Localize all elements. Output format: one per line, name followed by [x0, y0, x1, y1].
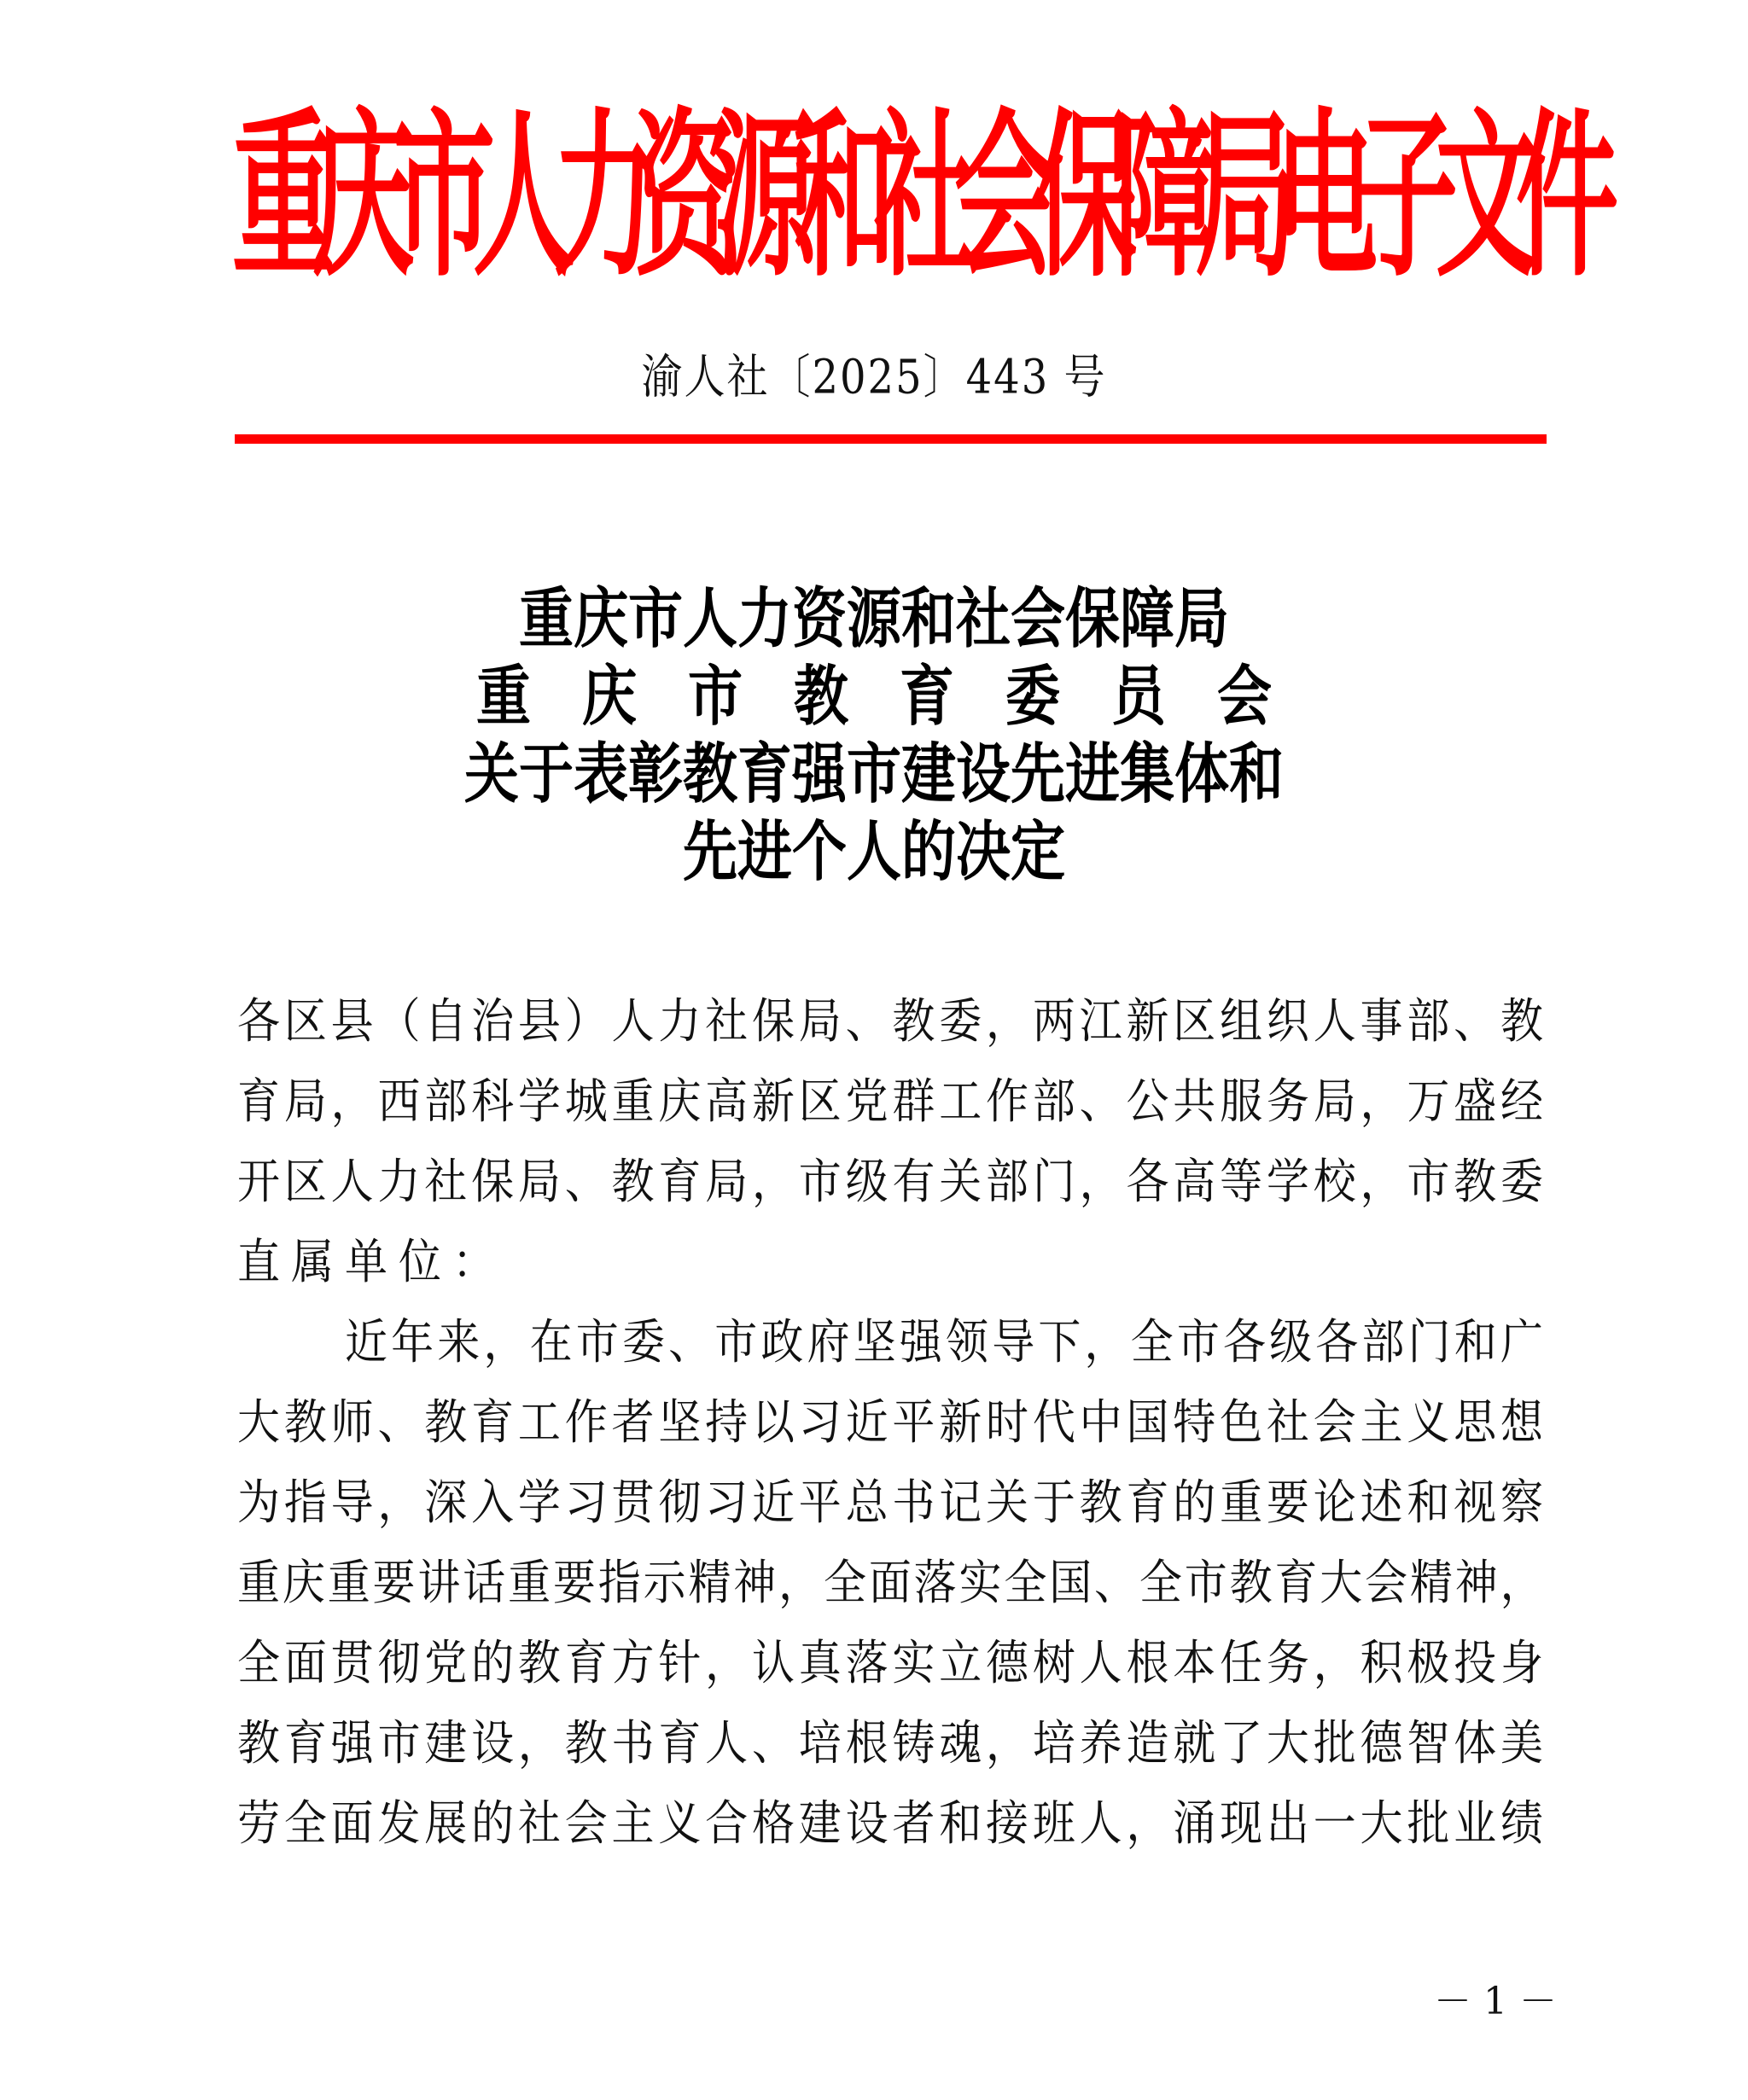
title-line-text: 先进个人的决定 [683, 806, 1065, 899]
red-header-char: 件 [1516, 109, 1596, 288]
red-header-char: 局 [1195, 109, 1275, 288]
document-number-text: 渝人社〔2025〕443 号 [641, 348, 1106, 407]
document-title: 重庆市人力资源和社会保障局 重庆市教育委员会 关于表彰教育强市建设先进集体和 先… [0, 580, 1748, 891]
red-header-char: 社 [874, 109, 954, 288]
red-header-char: 人 [473, 109, 553, 288]
document-number: 渝人社〔2025〕443 号 [0, 352, 1748, 403]
title-line: 关于表彰教育强市建设先进集体和 [0, 736, 1748, 813]
paragraph-line: 为指导，深入学习贯彻习近平总书记关于教育的重要论述和视察 [237, 1463, 1543, 1543]
red-header-title: 重 庆 市 人 力 资 源 和 社 会 保 障 局 电 子 文 件 [232, 101, 1534, 297]
paragraph-line: 教育强市建设，教书育人、培根铸魂，培养造就了大批德智体美 [237, 1703, 1543, 1783]
page-number: － 1 － [1434, 1978, 1553, 2026]
red-header-char: 会 [954, 109, 1034, 288]
addressee-line: 直属单位： [237, 1222, 1543, 1302]
red-header-char: 子 [1355, 109, 1436, 288]
addressee-line: 开区人力社保局、教育局，市级有关部门，各高等学校，市教委 [237, 1142, 1543, 1222]
paragraph-line: 大教师、教育工作者坚持以习近平新时代中国特色社会主义思想 [237, 1382, 1543, 1463]
title-line: 重庆市教育委员会 [0, 658, 1748, 736]
red-header-char: 障 [1115, 109, 1195, 288]
red-header-char: 市 [393, 109, 473, 288]
body-line-text: 开区人力社保局、教育局，市级有关部门，各高等学校，市教委 [237, 1137, 1543, 1226]
body-line-text: 育局，西部科学城重庆高新区党群工作部、公共服务局，万盛经 [237, 1056, 1543, 1146]
title-line: 重庆市人力资源和社会保障局 [0, 580, 1748, 658]
paragraph-line: 重庆重要讲话重要指示精神，全面落实全国、全市教育大会精神， [237, 1543, 1543, 1623]
addressee-line: 育局，西部科学城重庆高新区党群工作部、公共服务局，万盛经 [237, 1062, 1543, 1142]
addressee-line: 各区县（自治县）人力社保局、教委，两江新区组织人事部、教 [237, 981, 1543, 1062]
red-header-char: 电 [1275, 109, 1355, 288]
body-line-text: 教育强市建设，教书育人、培根铸魂，培养造就了大批德智体美 [237, 1698, 1543, 1788]
red-header-char: 重 [232, 109, 312, 288]
document-page: 重 庆 市 人 力 资 源 和 社 会 保 障 局 电 子 文 件 渝人社〔20… [0, 0, 1748, 2100]
body-line-text: 大教师、教育工作者坚持以习近平新时代中国特色社会主义思想 [237, 1377, 1543, 1467]
title-line: 先进个人的决定 [0, 813, 1748, 891]
body-line-text: 各区县（自治县）人力社保局、教委，两江新区组织人事部、教 [237, 976, 1543, 1066]
red-header-char: 保 [1034, 109, 1115, 288]
body-line-text: 全面贯彻党的教育方针，认真落实立德树人根本任务，积极投身 [237, 1618, 1543, 1707]
red-header-char: 文 [1436, 109, 1516, 288]
body-line-text: 重庆重要讲话重要指示精神，全面落实全国、全市教育大会精神， [237, 1538, 1543, 1627]
red-separator-rule [235, 434, 1547, 444]
red-header-char: 源 [714, 109, 794, 288]
red-header-char: 和 [794, 109, 874, 288]
body-line-text: 近年来，在市委、市政府坚强领导下，全市各级各部门和广 [345, 1297, 1543, 1387]
red-header-char: 资 [633, 109, 714, 288]
paragraph-line: 劳全面发展的社会主义合格建设者和接班人，涌现出一大批业绩 [237, 1783, 1543, 1864]
document-body: 各区县（自治县）人力社保局、教委，两江新区组织人事部、教 育局，西部科学城重庆高… [237, 981, 1543, 1864]
paragraph-line: 全面贯彻党的教育方针，认真落实立德树人根本任务，积极投身 [237, 1623, 1543, 1703]
paragraph-line: 近年来，在市委、市政府坚强领导下，全市各级各部门和广 [237, 1302, 1543, 1382]
body-line-text: 为指导，深入学习贯彻习近平总书记关于教育的重要论述和视察 [237, 1457, 1543, 1547]
red-header-char: 力 [553, 109, 633, 288]
body-line-text: 直属单位： [237, 1217, 506, 1306]
red-header-char: 庆 [312, 109, 393, 288]
body-line-text: 劳全面发展的社会主义合格建设者和接班人，涌现出一大批业绩 [237, 1778, 1543, 1868]
